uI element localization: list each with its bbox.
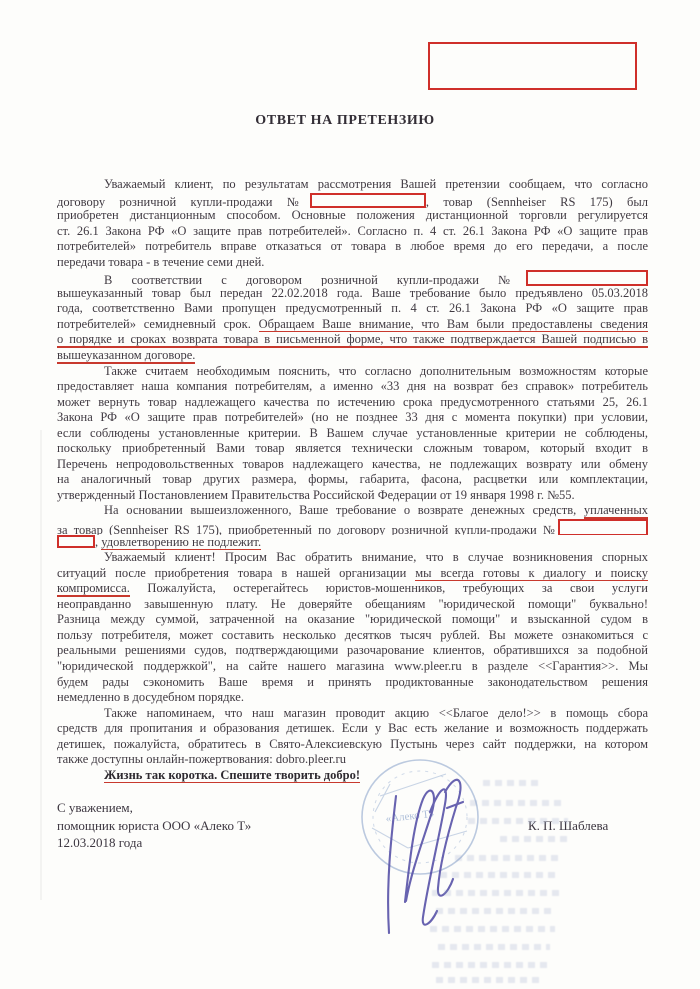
bleed-through-text xyxy=(438,944,550,950)
text-line: реальными решениями судов, подтверждающи… xyxy=(57,643,648,659)
text-line: вышеуказанный товар был передан 22.02.20… xyxy=(57,286,648,302)
text-line: ситуаций после приобретения товара в наш… xyxy=(57,566,648,582)
scan-artifact-streak xyxy=(40,430,42,900)
text-line: Перечень непродовольственных товаров над… xyxy=(57,457,648,473)
text-segment: немедленно в досудебном порядке. xyxy=(57,690,244,704)
underlined-text: удовлетворению не подлежит. xyxy=(101,535,261,551)
bleed-through-text xyxy=(432,962,552,968)
text-segment: утвержденный Постановлением Правительств… xyxy=(57,488,575,502)
underlined-text: Жизнь так коротка. Спешите творить добро… xyxy=(104,768,360,784)
text-line: потребителей» семидневный срок. Обращаем… xyxy=(57,317,648,333)
bleed-through-text xyxy=(432,890,560,896)
bleed-through-text xyxy=(483,780,543,786)
header-redaction-box xyxy=(428,42,637,90)
text-segment: Также напоминаем, что наш магазин провод… xyxy=(104,706,648,720)
text-line: о порядке и сроках возврата товара в пис… xyxy=(57,332,648,348)
text-segment: Пожалуйста, остерегайтесь юристов-мошенн… xyxy=(130,581,648,595)
text-line: Разница между суммой, затраченной на ока… xyxy=(57,612,648,628)
bleed-through-text xyxy=(468,818,568,824)
text-line: Уважаемый клиент! Просим Вас обратить вн… xyxy=(57,550,648,566)
text-line: утвержденный Постановлением Правительств… xyxy=(57,488,648,504)
text-segment: поскольку приобретенный Вами товар являе… xyxy=(57,441,648,455)
redaction-box xyxy=(526,270,648,286)
bleed-through-text xyxy=(440,872,560,878)
text-segment: На основании вышеизложенного, Ваше требо… xyxy=(104,503,584,517)
text-segment: средств для пропитания и образования дет… xyxy=(57,721,648,735)
document-title: ОТВЕТ НА ПРЕТЕНЗИЮ xyxy=(57,113,633,129)
text-line: детишек, пожалуйста, обратитесь в Свято-… xyxy=(57,737,648,753)
text-line: вышеуказанном договоре. xyxy=(57,348,648,364)
text-segment: Разница между суммой, затраченной на ока… xyxy=(57,612,648,626)
text-segment: будем рады сэкономить Ваше время и приня… xyxy=(57,675,648,689)
text-line: В соответствии с договором розничной куп… xyxy=(57,270,648,286)
text-segment: за товар (Sennheiser RS 175), приобретен… xyxy=(57,523,558,535)
signoff-block: С уважением, помощник юриста ООО «Алеко … xyxy=(57,799,251,852)
text-line: Также считаем необходимым пояснить, что … xyxy=(57,364,648,380)
signoff-line-position: помощник юриста ООО «Алеко Т» xyxy=(57,817,251,835)
text-segment: ст. 26.1 Закона РФ «О защите прав потреб… xyxy=(57,224,648,238)
underlined-text: компромисса. xyxy=(57,581,130,597)
text-segment: реальными решениями судов, подтверждающи… xyxy=(57,643,648,657)
stamp-graphic: «Алеко Т» xyxy=(350,752,580,989)
text-line: компромисса. Пожалуйста, остерегайтесь ю… xyxy=(57,581,648,597)
redaction-box xyxy=(57,535,95,548)
bleed-through-text xyxy=(500,836,570,842)
bleed-through-text xyxy=(436,908,554,914)
text-segment: если соблюдены установленные критерии. В… xyxy=(57,426,648,440)
text-line: потребителей» потребитель вправе отказат… xyxy=(57,239,648,255)
underlined-text: о порядке и сроках возврата товара в пис… xyxy=(57,332,648,348)
underlined-text: уплаченных xyxy=(584,503,648,519)
redaction-box xyxy=(310,193,426,208)
text-segment: "юридической поддержкой", на сайте нашег… xyxy=(57,659,648,673)
text-segment: Перечень непродовольственных товаров над… xyxy=(57,457,648,471)
text-segment: Уважаемый клиент, по результатам рассмот… xyxy=(104,177,648,191)
underlined-text: мы всегда готовы к диалогу и поиску xyxy=(415,566,648,582)
text-line: поскольку приобретенный Вами товар являе… xyxy=(57,441,648,457)
text-segment: может вернуть товар надлежащего качества… xyxy=(57,395,648,409)
text-segment: ситуаций после приобретения товара в наш… xyxy=(57,566,415,580)
bleed-through-text xyxy=(470,800,565,806)
text-segment: В соответствии с договором розничной куп… xyxy=(104,273,526,286)
bleed-through-text xyxy=(436,977,544,983)
text-line: ст. 26.1 Закона РФ «О защите прав потреб… xyxy=(57,224,648,240)
scanned-letter-page: ОТВЕТ НА ПРЕТЕНЗИЮ Уважаемый клиент, по … xyxy=(0,0,700,989)
bleed-through-text xyxy=(430,926,555,932)
underlined-text: Обращаем Ваше внимание, что Вам были пре… xyxy=(259,317,648,333)
text-line: года, соответственно Вами пропущен преду… xyxy=(57,301,648,317)
text-line: неоправданно завышенную плату. Не доверя… xyxy=(57,597,648,613)
text-line: Уважаемый клиент, по результатам рассмот… xyxy=(57,177,648,193)
company-stamp: «Алеко Т» xyxy=(350,752,580,989)
text-line: немедленно в досудебном порядке. xyxy=(57,690,648,706)
text-line: может вернуть товар надлежащего качества… xyxy=(57,395,648,411)
text-segment: потребителей» семидневный срок. xyxy=(57,317,259,331)
text-line: на аналогичный товар других размера, фор… xyxy=(57,472,648,488)
text-line: передачи товара - в течение семи дней. xyxy=(57,255,648,271)
text-segment: передачи товара - в течение семи дней. xyxy=(57,255,264,269)
bleed-through-text xyxy=(455,855,560,861)
text-segment: предоставляет наша компания потребителям… xyxy=(57,379,648,393)
text-line: "юридической поддержкой", на сайте нашег… xyxy=(57,659,648,675)
text-line: если соблюдены установленные критерии. В… xyxy=(57,426,648,442)
text-segment: договору розничной купли-продажи № xyxy=(57,195,310,209)
text-line: приобретен дистанционным способом. Основ… xyxy=(57,208,648,224)
text-line: Закона РФ «О защите прав потребителей» (… xyxy=(57,410,648,426)
text-line: средств для пропитания и образования дет… xyxy=(57,721,648,737)
text-segment: Также считаем необходимым пояснить, что … xyxy=(104,364,648,378)
text-segment: , товар (Sennheiser RS 175) был xyxy=(426,195,648,209)
text-line: На основании вышеизложенного, Ваше требо… xyxy=(57,503,648,519)
text-segment: вышеуказанный товар был передан 22.02.20… xyxy=(57,286,648,300)
text-segment: Закона РФ «О защите прав потребителей» (… xyxy=(57,410,648,424)
text-segment: неоправданно завышенную плату. Не доверя… xyxy=(57,597,648,611)
text-line: , удовлетворению не подлежит. xyxy=(57,535,648,551)
text-segment: потребителей» потребитель вправе отказат… xyxy=(57,239,648,253)
text-line: будем рады сэкономить Ваше время и приня… xyxy=(57,675,648,691)
text-segment: детишек, пожалуйста, обратитесь в Свято-… xyxy=(57,737,648,751)
text-segment: года, соответственно Вами пропущен преду… xyxy=(57,301,648,315)
signoff-line-regards: С уважением, xyxy=(57,799,251,817)
text-segment: Уважаемый клиент! Просим Вас обратить вн… xyxy=(104,550,648,564)
text-line: за товар (Sennheiser RS 175), приобретен… xyxy=(57,519,648,535)
text-segment: также доступны онлайн-пожертвования: dob… xyxy=(57,752,346,766)
redaction-box xyxy=(558,519,648,535)
text-line: предоставляет наша компания потребителям… xyxy=(57,379,648,395)
text-segment: на аналогичный товар других размера, фор… xyxy=(57,472,648,486)
underlined-text: вышеуказанном договоре. xyxy=(57,348,195,364)
text-segment: пользу потребителя, может составить неск… xyxy=(57,628,648,642)
text-line: Также напоминаем, что наш магазин провод… xyxy=(57,706,648,722)
text-segment: приобретен дистанционным способом. Основ… xyxy=(57,208,648,222)
document-body: Уважаемый клиент, по результатам рассмот… xyxy=(57,177,648,783)
signoff-line-date: 12.03.2018 года xyxy=(57,834,251,852)
text-line: пользу потребителя, может составить неск… xyxy=(57,628,648,644)
text-line: договору розничной купли-продажи №, това… xyxy=(57,193,648,209)
